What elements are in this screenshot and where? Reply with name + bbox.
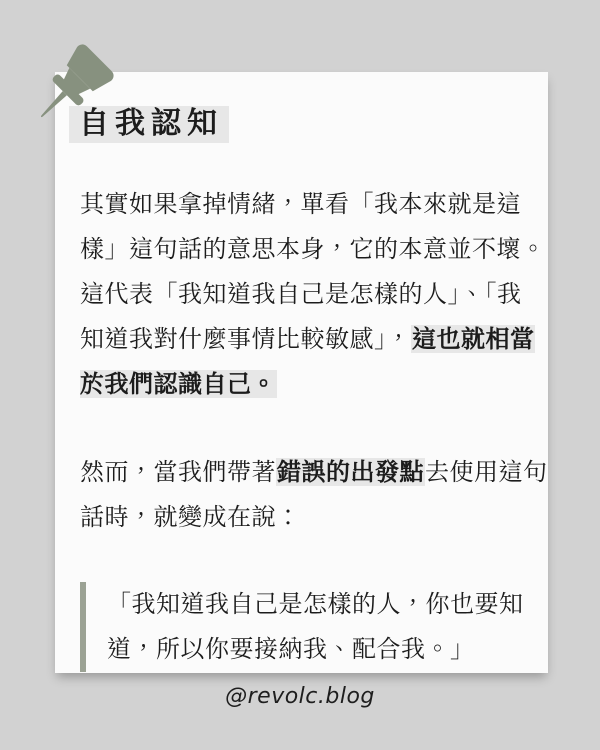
footer-handle: @revolc.blog — [0, 684, 600, 709]
highlighted-text: 錯誤的出發點 — [276, 458, 425, 486]
paragraph-1: 其實如果拿掉情緒，單看「我本來就是這 樣」這句話的意思本身，它的本意並不壞。 這… — [80, 182, 538, 407]
card: 自我認知 其實如果拿掉情緒，單看「我本來就是這 樣」這句話的意思本身，它的本意並… — [55, 72, 548, 673]
pushpin-icon — [24, 42, 116, 134]
paragraph-2: 然而，當我們帶著錯誤的出發點去使用這句 話時，就變成在說： — [80, 450, 538, 540]
body-text: 然而，當我們帶著 — [80, 458, 276, 486]
post-background: 自我認知 其實如果拿掉情緒，單看「我本來就是這 樣」這句話的意思本身，它的本意並… — [0, 0, 600, 750]
quote-text: 「我知道我自己是怎樣的人，你也要知 道，所以你要接納我、配合我。」 — [107, 590, 524, 663]
quote-block: 「我知道我自己是怎樣的人，你也要知 道，所以你要接納我、配合我。」 — [80, 582, 538, 672]
